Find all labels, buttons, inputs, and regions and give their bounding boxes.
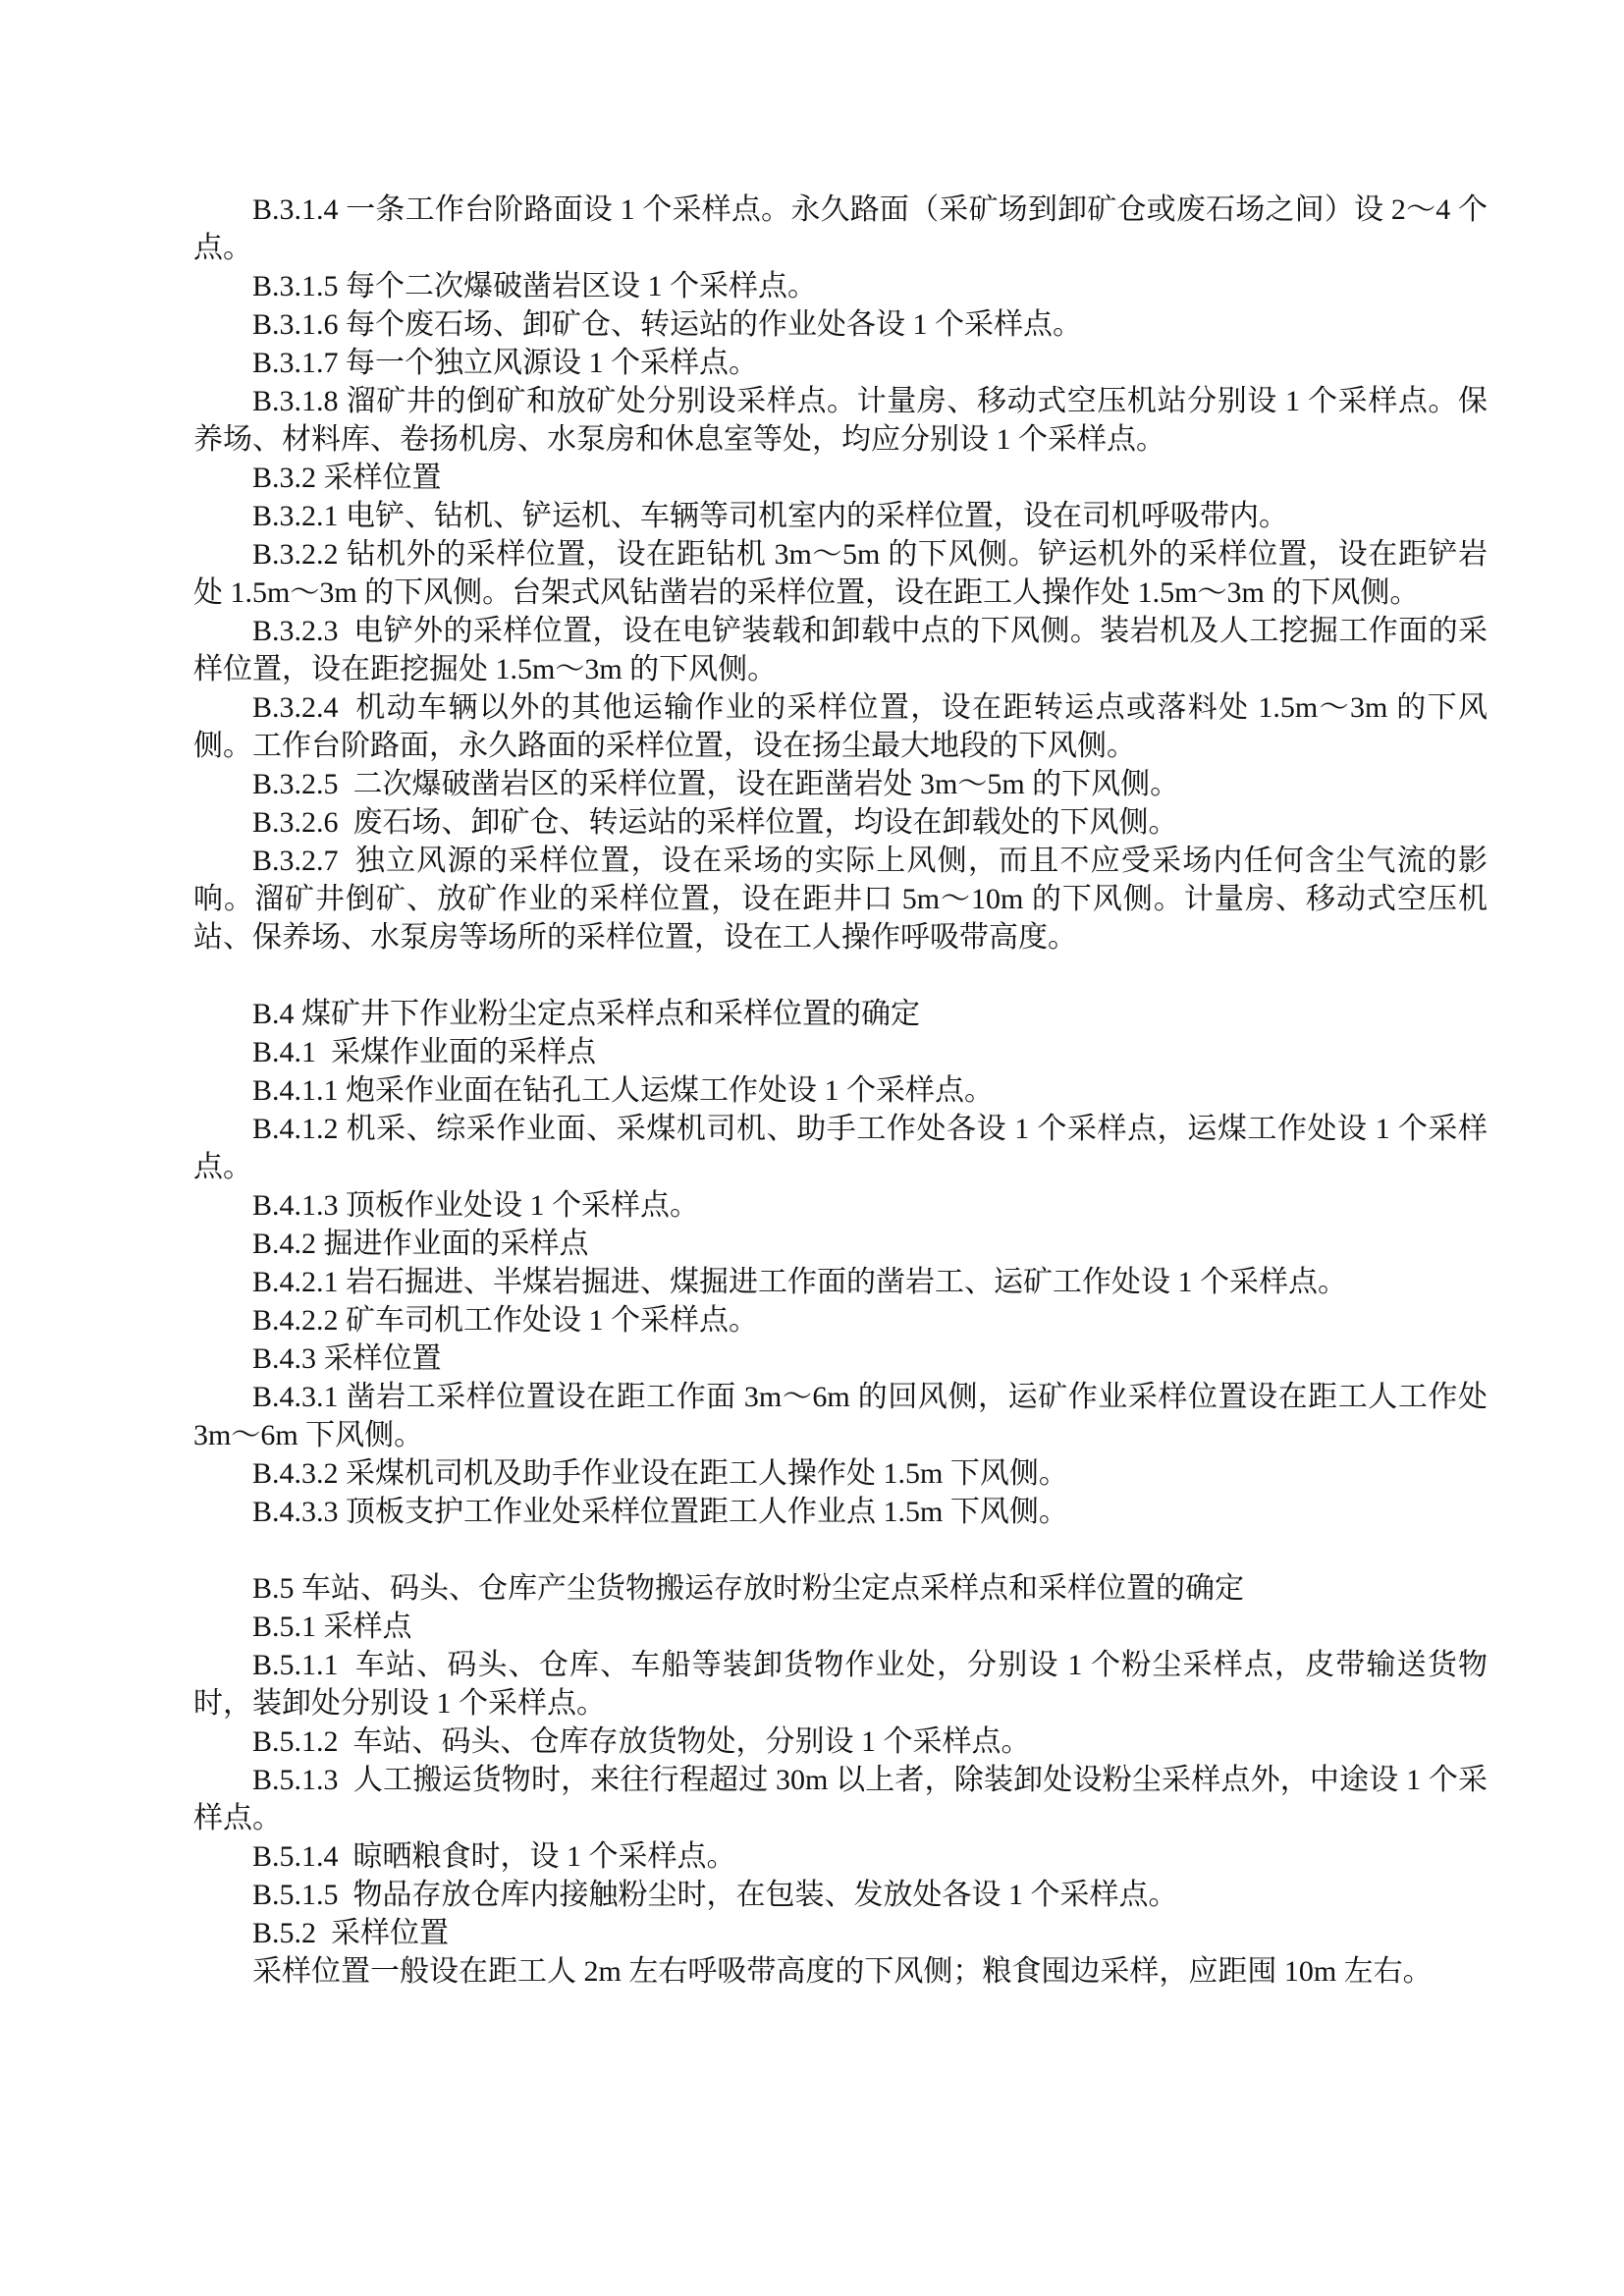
clause-B.3.2.1: B.3.2.1 电铲、钻机、铲运机、车辆等司机室内的采样位置，设在司机呼吸带内。 — [193, 497, 1488, 535]
clause-B.3.1.7: B.3.1.7 每一个独立风源设 1 个采样点。 — [193, 344, 1488, 382]
clause-B.5.1.3: B.5.1.3 人工搬运货物时，来往行程超过 30m 以上者，除装卸处设粉尘采样… — [193, 1761, 1488, 1837]
clause-B.4.2.1: B.4.2.1 岩石掘进、半煤岩掘进、煤掘进工作面的凿岩工、运矿工作处设 1 个… — [193, 1263, 1488, 1301]
clause-B.4.1.3: B.4.1.3 顶板作业处设 1 个采样点。 — [193, 1186, 1488, 1225]
clause-B.4.1: B.4.1 采煤作业面的采样点 — [193, 1033, 1488, 1071]
clause-B.5.1.5: B.5.1.5 物品存放仓库内接触粉尘时，在包装、发放处各设 1 个采样点。 — [193, 1876, 1488, 1914]
clause-B.5.1.1: B.5.1.1 车站、码头、仓库、车船等装卸货物作业处，分别设 1 个粉尘采样点… — [193, 1646, 1488, 1722]
clause-B.3.2.7: B.3.2.7 独立风源的采样位置，设在采场的实际上风侧，而且不应受采场内任何含… — [193, 842, 1488, 957]
clause-B.5.2-body: 采样位置一般设在距工人 2m 左右呼吸带高度的下风侧；粮食囤边采样，应距囤 10… — [193, 1952, 1488, 1991]
document-body: B.3.1.4 一条工作台阶路面设 1 个采样点。永久路面（采矿场到卸矿仓或废石… — [193, 191, 1488, 1991]
clause-B.3.2.3: B.3.2.3 电铲外的采样位置，设在电铲装载和卸载中点的下风侧。装岩机及人工挖… — [193, 612, 1488, 688]
clause-B.3.2.5: B.3.2.5 二次爆破凿岩区的采样位置，设在距凿岩处 3m～5m 的下风侧。 — [193, 765, 1488, 803]
section-heading-B.5: B.5 车站、码头、仓库产尘货物搬运存放时粉尘定点采样点和采样位置的确定 — [193, 1569, 1488, 1608]
clause-B.4.3.3: B.4.3.3 顶板支护工作业处采样位置距工人作业点 1.5m 下风侧。 — [193, 1493, 1488, 1531]
clause-B.4.1.2: B.4.1.2 机采、综采作业面、采煤机司机、助手工作处各设 1 个采样点，运煤… — [193, 1110, 1488, 1186]
clause-B.4.2: B.4.2 掘进作业面的采样点 — [193, 1225, 1488, 1263]
clause-B.3.2.4: B.3.2.4 机动车辆以外的其他运输作业的采样位置，设在距转运点或落料处 1.… — [193, 688, 1488, 765]
clause-B.3.1.4: B.3.1.4 一条工作台阶路面设 1 个采样点。永久路面（采矿场到卸矿仓或废石… — [193, 191, 1488, 267]
clause-B.3.1.5: B.3.1.5 每个二次爆破凿岩区设 1 个采样点。 — [193, 267, 1488, 305]
clause-B.5.1.4: B.5.1.4 晾晒粮食时，设 1 个采样点。 — [193, 1837, 1488, 1876]
clause-B.4.3: B.4.3 采样位置 — [193, 1339, 1488, 1378]
clause-B.3.2.2: B.3.2.2 钻机外的采样位置，设在距钻机 3m～5m 的下风侧。铲运机外的采… — [193, 535, 1488, 612]
clause-B.3.1.6: B.3.1.6 每个废石场、卸矿仓、转运站的作业处各设 1 个采样点。 — [193, 305, 1488, 344]
clause-B.5.1.2: B.5.1.2 车站、码头、仓库存放货物处，分别设 1 个采样点。 — [193, 1722, 1488, 1761]
clause-B.4.1.1: B.4.1.1 炮采作业面在钻孔工人运煤工作处设 1 个采样点。 — [193, 1071, 1488, 1110]
document-page: B.3.1.4 一条工作台阶路面设 1 个采样点。永久路面（采矿场到卸矿仓或废石… — [0, 0, 1624, 2296]
clause-B.4.3.1: B.4.3.1 凿岩工采样位置设在距工作面 3m～6m 的回风侧，运矿作业采样位… — [193, 1378, 1488, 1454]
clause-B.5.1: B.5.1 采样点 — [193, 1608, 1488, 1646]
clause-B.3.1.8: B.3.1.8 溜矿井的倒矿和放矿处分别设采样点。计量房、移动式空压机站分别设 … — [193, 382, 1488, 459]
section-heading-B.4: B.4 煤矿井下作业粉尘定点采样点和采样位置的确定 — [193, 995, 1488, 1033]
clause-B.4.3.2: B.4.3.2 采煤机司机及助手作业设在距工人操作处 1.5m 下风侧。 — [193, 1454, 1488, 1493]
clause-B.5.2: B.5.2 采样位置 — [193, 1914, 1488, 1952]
clause-B.4.2.2: B.4.2.2 矿车司机工作处设 1 个采样点。 — [193, 1301, 1488, 1339]
clause-B.3.2.6: B.3.2.6 废石场、卸矿仓、转运站的采样位置，均设在卸载处的下风侧。 — [193, 803, 1488, 842]
clause-B.3.2: B.3.2 采样位置 — [193, 459, 1488, 497]
